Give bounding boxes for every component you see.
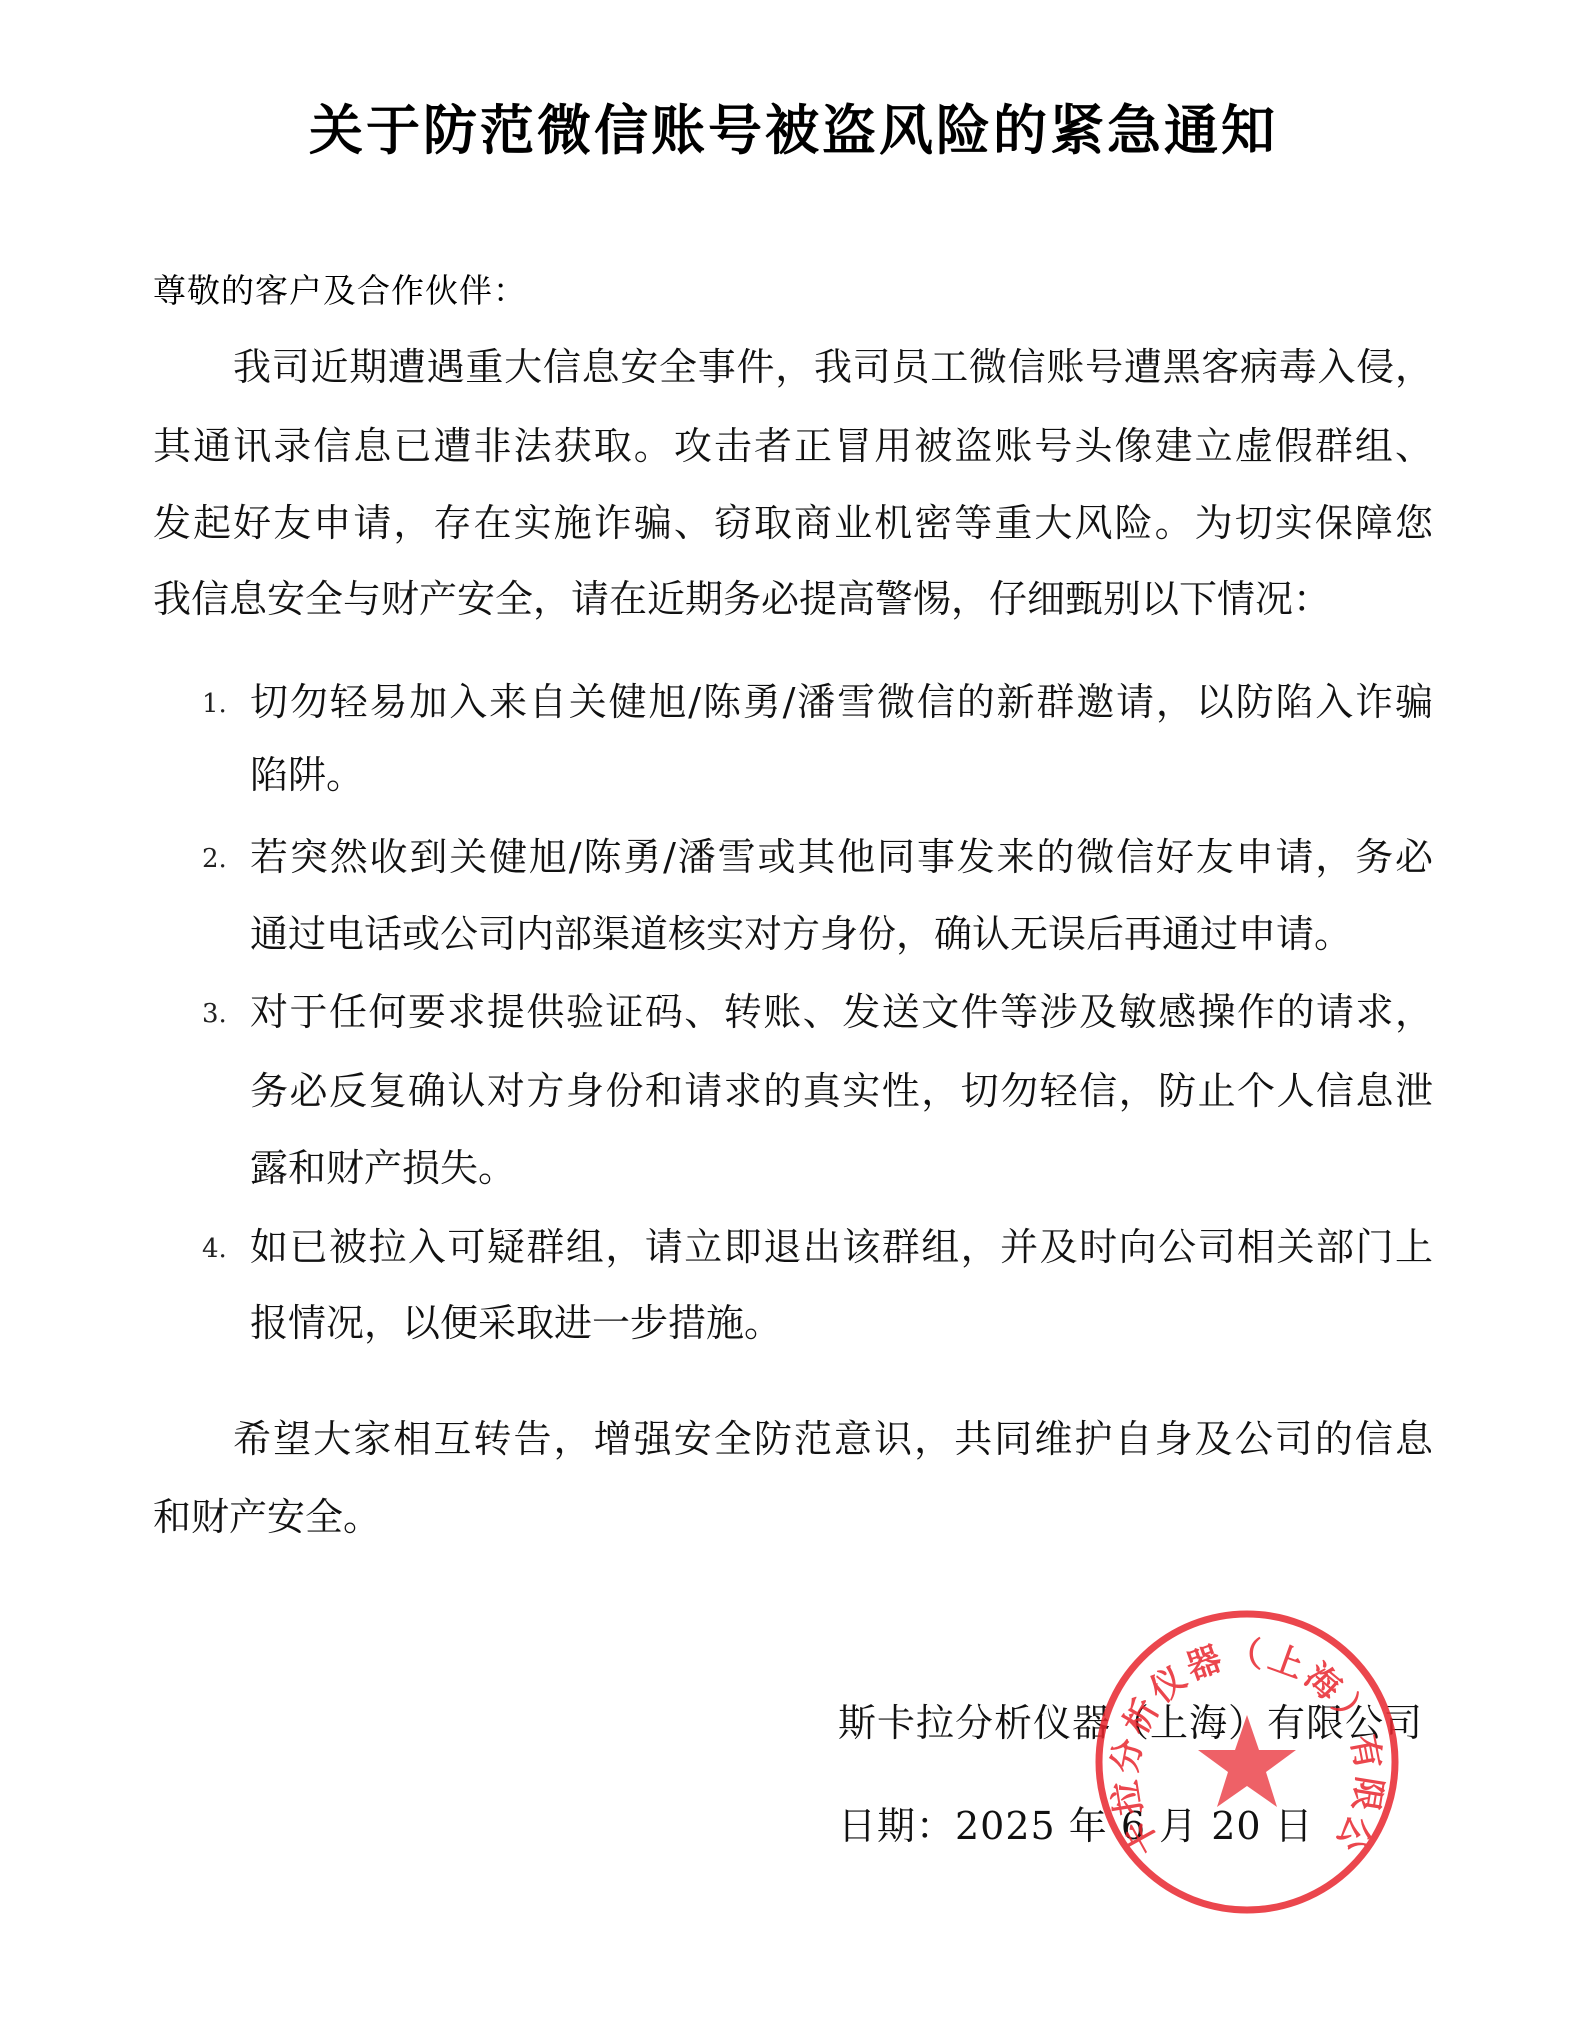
list-number: 3. [202,989,227,1039]
list-number: 4. [202,1224,227,1274]
salutation: 尊敬的客户及合作伙伴： [153,266,527,316]
notice-page: 关于防范微信账号被盗风险的紧急通知 尊敬的客户及合作伙伴： 我司近期遭遇重大信息… [0,0,1587,2020]
signature-date: 日期：2025 年 6 月 20 日 [838,1801,1314,1851]
notice-title: 关于防范微信账号被盗风险的紧急通知 [0,96,1587,166]
company-signature: 斯卡拉分析仪器（上海）有限公司 [838,1698,1423,1748]
list-item-line: 务必反复确认对方身份和请求的真实性，切勿轻信，防止个人信息泄 [250,1066,1433,1116]
intro-line: 其通讯录信息已遭非法获取。攻击者正冒用被盗账号头像建立虚假群组、 [153,421,1433,471]
list-item-line: 通过电话或公司内部渠道核实对方身份，确认无误后再通过申请。 [250,909,1433,959]
intro-line: 我信息安全与财产安全，请在近期务必提高警惕，仔细甄别以下情况： [153,574,1433,624]
list-item-line: 若突然收到关健旭/陈勇/潘雪或其他同事发来的微信好友申请，务必 [250,832,1433,882]
closing-line: 希望大家相互转告，增强安全防范意识，共同维护自身及公司的信息 [233,1414,1433,1464]
list-item-line: 如已被拉入可疑群组，请立即退出该群组，并及时向公司相关部门上 [250,1222,1433,1272]
list-item-line: 露和财产损失。 [250,1143,1433,1193]
intro-line: 我司近期遭遇重大信息安全事件，我司员工微信账号遭黑客病毒入侵， [233,342,1433,392]
list-item-line: 切勿轻易加入来自关健旭/陈勇/潘雪微信的新群邀请，以防陷入诈骗 [250,677,1433,727]
list-number: 1. [202,679,227,729]
list-number: 2. [202,834,227,884]
closing-line: 和财产安全。 [153,1492,1433,1542]
list-item-line: 报情况，以便采取进一步措施。 [250,1298,1433,1348]
list-item-line: 对于任何要求提供验证码、转账、发送文件等涉及敏感操作的请求， [250,987,1433,1037]
list-item-line: 陷阱。 [250,750,1433,800]
company-seal: 斯卡拉分析仪器（上海）有限公司 [1092,1607,1402,1917]
intro-line: 发起好友申请，存在实施诈骗、窃取商业机密等重大风险。为切实保障您 [153,498,1433,548]
